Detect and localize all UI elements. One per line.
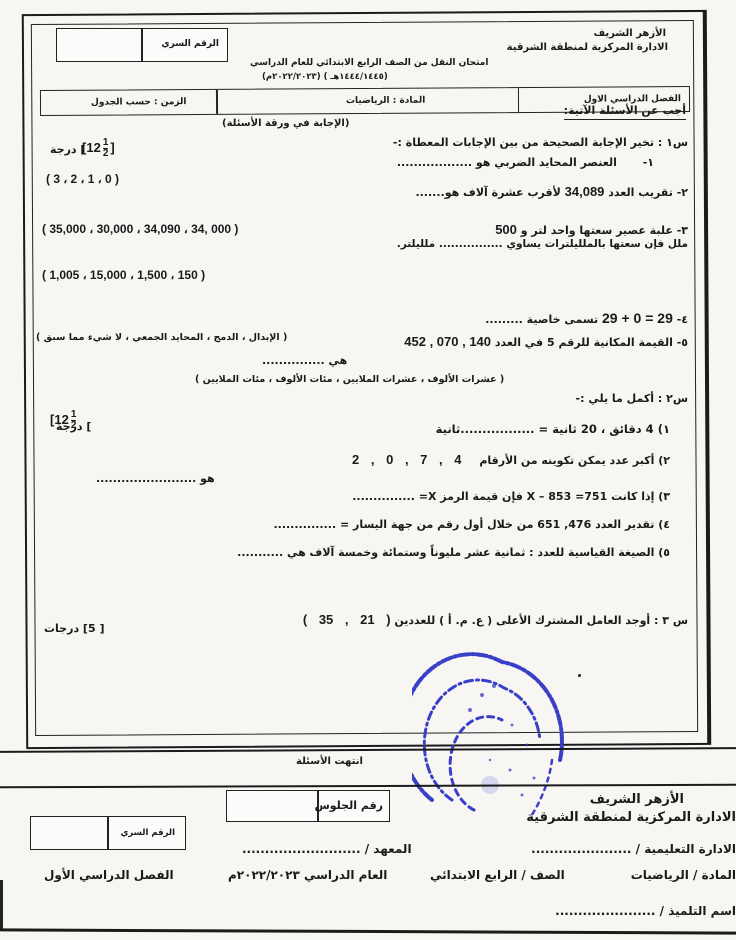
q1-title: س١ : تخير الإجابة الصحيحة من بين الإجابا… [393,136,688,149]
ink-dot [578,674,581,677]
q1-item3-choices: ( 1,005 ، 15,000 ، 1,500 ، 150 ) [42,268,205,282]
header-secret-number-label: الرقم السري [161,39,219,61]
footer-year: العام الدراسي ٢٠٢٢/٢٠٢٣م [228,868,387,882]
footer-secret-number-label: الرقم السري [121,828,175,849]
exam-page: الأزهر الشريف الادارة المركزية لمنطقة ال… [0,0,736,940]
institute-field[interactable]: المعهد / .......................... [242,842,412,856]
header-secret-number-box: الرقم السري [56,28,228,62]
instruction-answer-in-paper: (الإجابة في ورقة الأسئلة) [222,118,349,129]
student-name-field[interactable]: اسم التلميذ / ...................... [555,904,736,918]
q2-item2: ٢) أكبر عدد يمكن تكوينه من الأرقام 2 , 0… [352,452,670,467]
q1-item2: ٢- تقريب العدد 34,089 لأقرب عشرة آلاف هو… [415,184,688,199]
q2-item1: ١) 4 دقائق ، 20 ثانية = ................… [436,422,670,436]
seat-number-label: رقم الجلوس [315,799,383,821]
exam-title-line1: امتحان النقل من الصف الرابع الابتدائي لل… [250,58,488,68]
q1-item1-choices: ( 3 ، 2 ، 1 ، 0 ) [46,172,119,186]
exam-title-line2: (١٤٤٤/١٤٤٥هـ ) (٢٠٢٢/٢٠٢٣م) [262,72,388,82]
header-org-line1: الأزهر الشريف [593,28,666,39]
footer-org-line2: الادارة المركزية لمنطقة الشرقية [526,810,736,825]
q3-title: س ٣ : أوجد العامل المشترك الأعلى ( ع. م.… [303,612,688,627]
q1-item1-answer-blank[interactable]: العنصر المحايد الضربي هو ...............… [397,156,617,169]
header-time: الزمن : حسب الجدول [91,97,187,108]
q1-item5-answer-blank[interactable]: هي ............... [262,354,347,367]
q2-marks: ] درجة [56,420,91,433]
edu-admin-field[interactable]: الادارة التعليمية / ....................… [531,842,736,856]
q2-item3: ٣) إذا كانت 751= X – 853 فإن قيمة الرمز … [352,490,670,503]
secret-number-field[interactable] [57,29,141,61]
q2-title: س٢ : أكمل ما يلي :- [576,392,688,405]
footer-secret-number-field[interactable] [31,817,107,849]
end-of-questions: انتهت الأسئلة [296,756,363,767]
q1-marks-value: [1212] [82,138,115,159]
footer-term: الفصل الدراسي الأول [44,868,174,882]
q1-item1: ١- العنصر المحايد الضربي هو ............… [397,156,654,169]
q2-item5: ٥) الصيغة القياسية للعدد : ثمانية عشر مل… [237,546,670,559]
q2-item4: ٤) تقدير العدد 476, 651 من خلال أول رقم … [273,518,670,531]
q1-marks: ] درجة [50,143,85,156]
instruction-answer-following: أجب عن الأسئلة الآتية: [564,104,686,120]
q3-marks: [ 5] درجات [44,622,104,635]
footer-grade: الصف / الرابع الابتدائي [430,868,565,882]
fraction: 12 [103,138,109,159]
q1-item3: ٣- علبة عصير سعتها واحد لتر و 500 [495,222,688,237]
official-stamp-icon [412,650,564,825]
q1-item2-answer-blank[interactable]: لأقرب عشرة آلاف هو....... [415,186,560,199]
q1-item4-choices: ( الإبدال ، الدمج ، المحايد الجمعي ، لا … [36,332,287,343]
footer-secret-number-box: الرقم السري [30,816,186,850]
footer-org-line1: الأزهر الشريف [590,792,684,807]
q2-item4-answer-blank[interactable]: تقدير العدد 476, 651 من خلال أول رقم من … [273,518,654,531]
header-org-line2: الادارة المركزية لمنطقة الشرقية [507,42,668,53]
divider-bottom [0,784,736,789]
q1-item5-choices: ( عشرات الألوف ، عشرات الملايين ، مئات ا… [195,374,504,385]
header-subject: المادة : الرياضيات [346,96,425,106]
q2-item1-answer-blank[interactable]: 4 دقائق ، 20 ثانية = .................ثا… [436,422,654,436]
seat-number-field[interactable] [227,791,317,821]
q1-item5: ٥- القيمة المكانية للرقم 5 في العدد 452 … [404,334,688,349]
q1-item2-choices: ( 35,000 ، 30,000 ، 34,090 ، 34, 000 ) [42,222,238,236]
seat-number-box: رقم الجلوس [226,790,390,822]
q1-item3-line2[interactable]: ملل فإن سعتها بالملليلترات يساوي .......… [397,238,688,250]
footer-subject: المادة / الرياضيات [631,868,736,882]
q1-item4: ٤- 29 + 0 = 29 تسمى خاصية ......... [485,310,688,326]
footer-bottom-border [0,928,736,934]
q2-item2-answer-blank[interactable]: هو ........................ [96,472,215,485]
footer-left-border [0,880,3,930]
q2-item5-answer-blank[interactable]: الصيغة القياسية للعدد : ثمانية عشر مليون… [237,546,654,559]
q2-item3-answer-blank[interactable]: إذا كانت 751= X – 853 فإن قيمة الرمز X= … [352,490,654,503]
q1-item4-answer-blank[interactable]: تسمى خاصية ......... [485,313,598,326]
